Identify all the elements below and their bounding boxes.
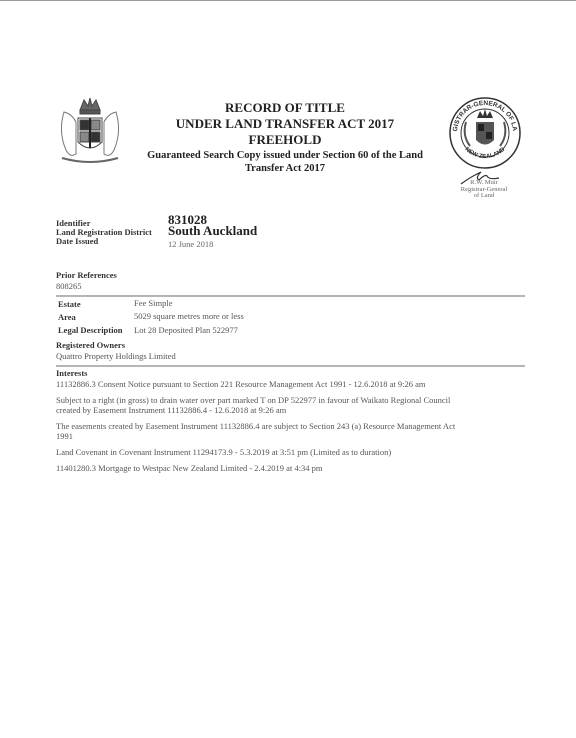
- interests-list: 11132886.3 Consent Notice pursuant to Se…: [56, 379, 476, 479]
- interest-item: 11401280.3 Mortgage to Westpac New Zeala…: [56, 463, 496, 473]
- subtitle: Guaranteed Search Copy issued under Sect…: [130, 149, 440, 175]
- date-label: Date Issued: [56, 236, 98, 246]
- legal-description-value: Lot 28 Deposited Plan 522977: [134, 325, 238, 335]
- legal-description-label: Legal Description: [58, 325, 122, 335]
- interests-label: Interests: [56, 368, 87, 378]
- signatory-block: R.W. Muir Registrar-General of Land: [448, 180, 520, 200]
- registered-owners-label: Registered Owners: [56, 340, 125, 350]
- area-label: Area: [58, 312, 76, 322]
- page-top-edge: [0, 0, 576, 1]
- divider: [56, 365, 525, 367]
- estate-value: Fee Simple: [134, 298, 172, 308]
- prior-references-label: Prior References: [56, 270, 117, 280]
- prior-references-value: 808265: [56, 281, 82, 291]
- title-line-3: FREEHOLD: [130, 132, 440, 148]
- date-value: 12 June 2018: [168, 239, 213, 249]
- title-line-2: UNDER LAND TRANSFER ACT 2017: [130, 116, 440, 132]
- document-header: RECORD OF TITLE UNDER LAND TRANSFER ACT …: [130, 100, 440, 175]
- area-value: 5029 square metres more or less: [134, 311, 244, 321]
- interest-item: Subject to a right (in gross) to drain w…: [56, 395, 451, 415]
- interest-item: The easements created by Easement Instru…: [56, 421, 456, 441]
- interest-item: Land Covenant in Covenant Instrument 112…: [56, 447, 496, 457]
- coat-of-arms-icon: [50, 92, 130, 172]
- registered-owners-value: Quattro Property Holdings Limited: [56, 351, 176, 361]
- signatory-title-2: of Land: [448, 193, 520, 200]
- interest-item: 11132886.3 Consent Notice pursuant to Se…: [56, 379, 496, 389]
- divider: [56, 295, 525, 297]
- estate-label: Estate: [58, 299, 81, 309]
- district-value: South Auckland: [168, 223, 257, 239]
- registrar-seal-icon: REGISTRAR-GENERAL OF LAND NEW ZEALAND: [448, 96, 522, 170]
- title-line-1: RECORD OF TITLE: [130, 100, 440, 116]
